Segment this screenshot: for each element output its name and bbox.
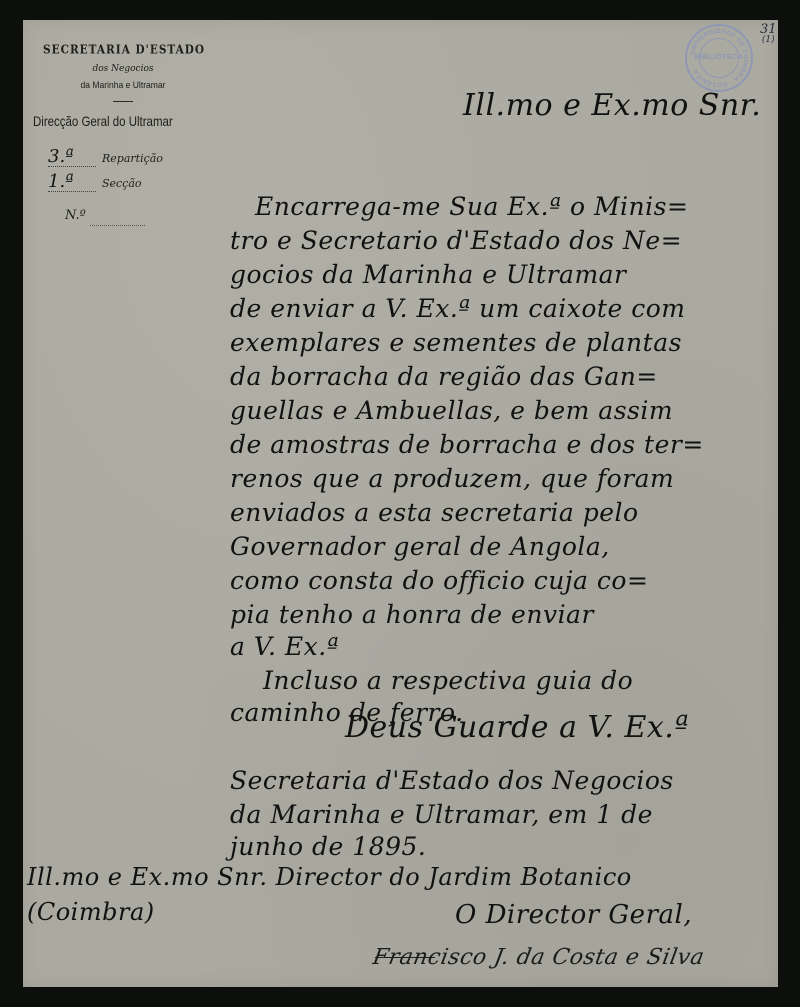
body-line: enviados a esta secretaria pelo [230,498,639,527]
body-line: como consta do officio cuja co= [230,566,648,595]
reparticao-field: 3.ªRepartição [48,148,163,167]
body-line: guellas e Ambuellas, e bem assim [230,396,673,425]
body-line: tro e Secretario d'Estado dos Ne= [230,226,682,255]
body-line: Encarrega-me Sua Ex.ª o Minis= [255,192,688,221]
library-stamp: UNIVERSIDADE DE COIMBRA · BOTÂNICA · BIB… [685,24,753,92]
seccao-label: Secção [102,177,142,190]
reparticao-value: 3.ª [48,148,96,167]
letterhead-subtitle-2: da Marinha e Ultramar [51,80,195,91]
reparticao-label: Repartição [102,152,163,165]
letter-page: SECRETARIA D'ESTADO dos Negocios da Mari… [23,20,778,987]
stamp-center-text: BIBLIOTECA [687,52,751,61]
body-line: da borracha da região das Gan= [230,362,658,391]
signer-title: O Director Geral, [455,900,692,930]
letterhead-ministry: SECRETARIA D'ESTADO [43,43,203,57]
letterhead-subtitle: dos Negocios [43,64,203,74]
signature: Francisco J. da Costa e Silva [371,945,707,970]
closing-formula: Deus Guarde a V. Ex.ª [345,710,689,745]
addressee-location: (Coimbra) [27,898,155,926]
salutation: Ill.mo e Ex.mo Snr. [463,88,761,123]
body-line: Incluso a respectiva guia do [263,666,633,695]
number-blank-line [90,225,145,226]
body-line: pia tenho a honra de enviar [230,600,594,629]
body-line: exemplares e sementes de plantas [230,328,682,357]
letterhead-divider [113,101,133,102]
folio-main: 31 [760,24,777,35]
seccao-value: 1.ª [48,173,96,192]
seccao-field: 1.ªSecção [48,173,142,192]
letterhead-department: Direcção Geral do Ultramar [33,113,166,129]
folio-sub: (1) [760,35,777,46]
body-line: gocios da Marinha e Ultramar [230,260,627,289]
dateline-line: da Marinha e Ultramar, em 1 de [230,800,653,829]
dateline-line: Secretaria d'Estado dos Negocios [230,766,674,795]
dateline-date: junho de 1895. [230,832,426,861]
body-line: Governador geral de Angola, [230,532,610,561]
folio-number: 31 (1) [760,24,777,46]
addressee-title: Ill.mo e Ex.mo Snr. Director do Jardim B… [27,863,632,891]
body-line: renos que a produzem, que foram [230,464,674,493]
number-label: N.º [65,208,86,223]
body-line: a V. Ex.ª [230,632,339,661]
body-line: de enviar a V. Ex.ª um caixote com [230,294,685,323]
body-line: de amostras de borracha e dos ter= [230,430,704,459]
